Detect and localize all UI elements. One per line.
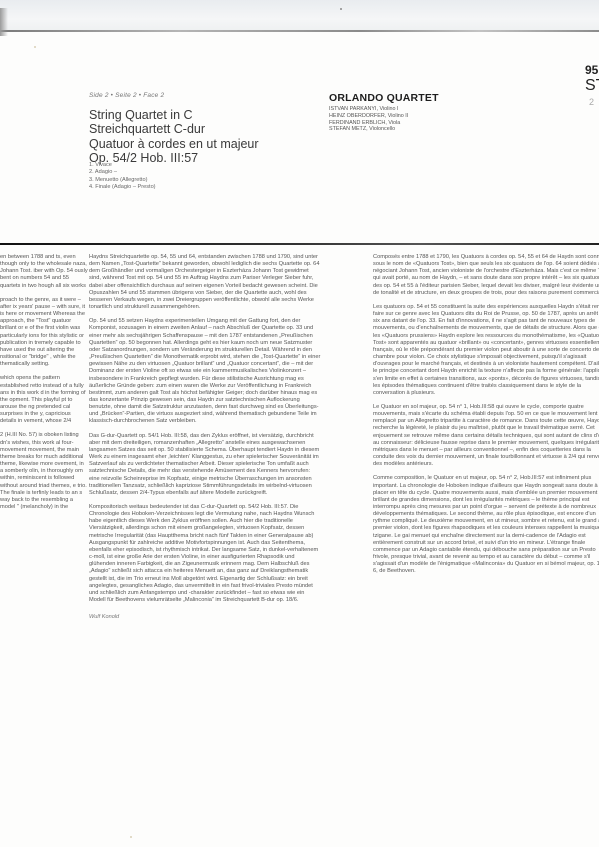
movement-item: 4. Finale (Adagio – Presto) (89, 184, 156, 191)
work-title-block: String Quartet in C Streichquartett C-du… (89, 108, 259, 165)
notes-en-paragraph: 2 (H.III No. 57) is oboken listing dn's … (0, 432, 88, 511)
movement-item: 3. Menuetto (Allegretto) (89, 177, 156, 184)
work-title-en: String Quartet in C (89, 108, 259, 122)
paper-speck (130, 836, 132, 838)
movement-list: 1. Vivace 2. Adagio – 3. Menuetto (Alleg… (89, 162, 156, 191)
notes-author: Wulf Konold (89, 614, 321, 621)
movement-item: 1. Vivace (89, 162, 156, 169)
notes-fr-paragraph: Les quatuors op. 54 et 55 constituent la… (373, 304, 599, 397)
notes-en-paragraph: en between 1788 and ts, even though only… (0, 254, 88, 290)
paper-speck (34, 46, 36, 48)
notes-de-paragraph: Haydns Streichquartette op. 54, 55 und 6… (89, 254, 321, 311)
paper-speck (340, 8, 342, 10)
catalog-small: 2 (589, 94, 599, 110)
member-name: ISTVAN PARKANYI (329, 106, 376, 112)
notes-english-column: en between 1788 and ts, even though only… (0, 254, 90, 814)
work-title-de: Streichquartett C-dur (89, 122, 259, 136)
notes-german-column: Haydns Streichquartette op. 54, 55 und 6… (89, 254, 321, 621)
notes-de-paragraph: Op. 54 und 55 setzen Haydns experimentel… (89, 318, 321, 425)
member-row: ISTVAN PARKANYI, Violino I (329, 106, 408, 113)
member-name: HEINZ OBERDORFER (329, 113, 385, 119)
record-sleeve-top-strip (0, 0, 599, 32)
work-title-fr: Quatuor à cordes en ut majeur (89, 137, 259, 151)
notes-en-paragraph: proach to the genre, as it were – after … (0, 297, 88, 369)
ensemble-name: ORLANDO QUARTET (329, 92, 439, 104)
catalog-number-block: 95 ST 2 (585, 62, 599, 110)
member-role: Viola (388, 120, 400, 126)
horizontal-rule (0, 243, 599, 245)
side-label: Side 2 • Seite 2 • Face 2 (89, 92, 164, 99)
member-name: STEFAN METZ (329, 126, 366, 132)
catalog-number: 95 (585, 62, 599, 78)
notes-french-column: Composés entre 1788 et 1790, les Quatuor… (373, 254, 599, 583)
member-row: HEINZ OBERDORFER, Violino II (329, 113, 408, 120)
member-name: FERDINAND ERBLICH (329, 120, 385, 126)
member-row: FERDINAND ERBLICH, Viola (329, 120, 408, 127)
member-row: STEFAN METZ, Violoncello (329, 126, 408, 133)
member-role: Violino II (388, 113, 409, 119)
movement-item: 2. Adagio – (89, 169, 156, 176)
notes-de-paragraph: Das G-dur-Quartett op. 54/1 Hob. III:58,… (89, 433, 321, 497)
sleeve-edge-line (0, 30, 599, 32)
member-role: Violino I (379, 106, 398, 112)
sleeve-shadow (0, 8, 8, 36)
member-role: Violoncello (369, 126, 395, 132)
notes-de-paragraph: Kompositorisch weitaus bedeutender ist d… (89, 504, 321, 604)
notes-en-paragraph: which opens the pattern established rett… (0, 375, 88, 425)
notes-fr-paragraph: Comme composition, le Quatuor en ut maje… (373, 475, 599, 575)
ensemble-members: ISTVAN PARKANYI, Violino I HEINZ OBERDOR… (329, 106, 408, 133)
catalog-code: ST (585, 78, 599, 94)
notes-fr-paragraph: Le Quatuor en sol majeur, op. 54 n° 1, H… (373, 404, 599, 468)
notes-fr-paragraph: Composés entre 1788 et 1790, les Quatuor… (373, 254, 599, 297)
